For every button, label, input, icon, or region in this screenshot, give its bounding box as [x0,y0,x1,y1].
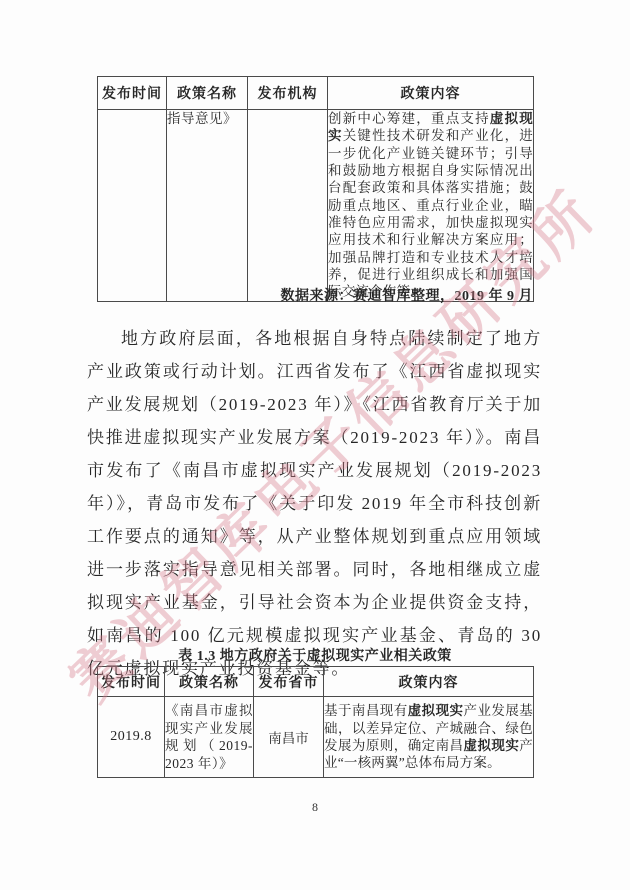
col-header-publish-agency: 发布机构 [248,77,328,110]
page-number: 8 [0,800,630,815]
publish-time-cell: 2019.8 [98,697,165,778]
table-row: 2019.8 《南昌市虚拟现实产业发展规划（2019-2023 年）》 南昌市 … [98,697,534,778]
policy-content-cell: 基于南昌现有虚拟现实产业发展基础，以差异定位、产城融合、绿色发展为原则，确定南昌… [324,697,534,778]
col-header-policy-name: 政策名称 [167,77,248,110]
table-row: 指导意见》 创新中心筹建，重点支持虚拟现实关键性技术研发和产业化，进一步优化产业… [98,110,534,302]
data-source-note: 数据来源：赛迪智库整理，2019 年 9 月 [97,287,533,306]
table-header-row: 发布时间 政策名称 发布省市 政策内容 [98,667,534,697]
table-header-row: 发布时间 政策名称 发布机构 政策内容 [98,77,534,110]
national-policy-table: 发布时间 政策名称 发布机构 政策内容 指导意见》 创新中心筹建，重点支持虚拟现… [97,76,534,302]
table-caption: 表 1.3 地方政府关于虚拟现实产业相关政策 [97,649,533,665]
col-header-publish-time: 发布时间 [98,77,167,110]
col-header-policy-content: 政策内容 [324,667,534,697]
policy-content-cell: 创新中心筹建，重点支持虚拟现实关键性技术研发和产业化，进一步优化产业链关键环节；… [328,110,534,302]
body-paragraph: 地方政府层面，各地根据自身特点陆续制定了地方产业政策或行动计划。江西省发布了《江… [87,322,542,685]
document-page: 发布时间 政策名称 发布机构 政策内容 指导意见》 创新中心筹建，重点支持虚拟现… [0,0,630,890]
publish-agency-cell [248,110,328,302]
col-header-publish-region: 发布省市 [254,667,324,697]
local-policy-table: 发布时间 政策名称 发布省市 政策内容 2019.8 《南昌市虚拟现实产业发展规… [97,666,534,778]
policy-name-cell: 指导意见》 [167,110,248,302]
col-header-policy-content: 政策内容 [328,77,534,110]
policy-name-cell: 《南昌市虚拟现实产业发展规划（2019-2023 年）》 [165,697,254,778]
col-header-publish-time: 发布时间 [98,667,165,697]
col-header-policy-name: 政策名称 [165,667,254,697]
publish-region-cell: 南昌市 [254,697,324,778]
publish-time-cell [98,110,167,302]
